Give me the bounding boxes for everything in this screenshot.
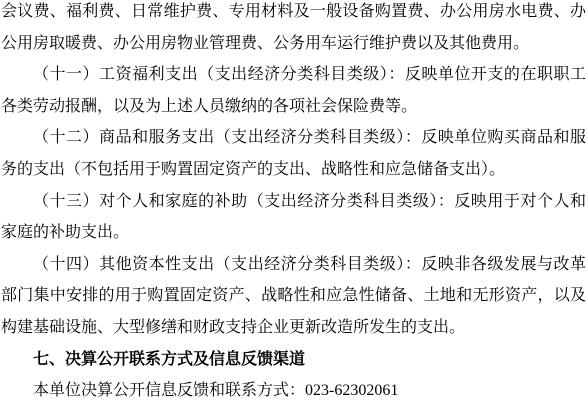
line-item14-capital-1: （十四）其他资本性支出（支出经济分类科目类级）：反映非各级发展与改革 [1, 249, 586, 281]
line-item14-capital-2: 部门集中安排的用于购置固定资产、战略性和应急性储备、土地和无形资产，以及 [1, 280, 586, 312]
line-section7-heading: 七、决算公开联系方式及信息反馈渠道 [1, 344, 586, 376]
line-item12-goods-services-1: （十二）商品和服务支出（支出经济分类科目类级）：反映单位购买商品和服 [1, 122, 586, 154]
line-contact-info: 本单位决算公开信息反馈和联系方式：023-62302061 [1, 375, 586, 402]
line-expense-items-cont-1: 会议费、福利费、日常维护费、专用材料及一般设备购置费、办公用房水电费、办 [1, 0, 586, 28]
document-page: 会议费、福利费、日常维护费、专用材料及一般设备购置费、办公用房水电费、办公用房取… [0, 0, 586, 402]
line-item11-wage-welfare-2: 各类劳动报酬，以及为上述人员缴纳的各项社会保险费等。 [1, 91, 586, 123]
line-item13-individual-family-1: （十三）对个人和家庭的补助（支出经济分类科目类级）：反映用于对个人和 [1, 186, 586, 218]
line-item11-wage-welfare-1: （十一）工资福利支出（支出经济分类科目类级）：反映单位开支的在职职工 [1, 59, 586, 91]
line-item12-goods-services-2: 务的支出（不包括用于购置固定资产的支出、战略性和应急储备支出）。 [1, 154, 586, 186]
line-item14-capital-3: 构建基础设施、大型修缮和财政支持企业更新改造所发生的支出。 [1, 312, 586, 344]
line-item13-individual-family-2: 家庭的补助支出。 [1, 217, 586, 249]
line-expense-items-cont-2: 公用房取暖费、办公用房物业管理费、公务用车运行维护费以及其他费用。 [1, 28, 586, 60]
